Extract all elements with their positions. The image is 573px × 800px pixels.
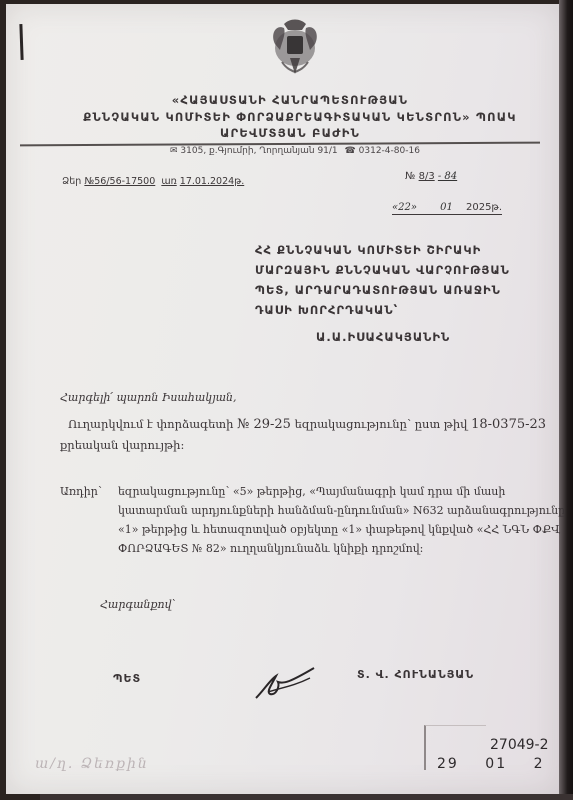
page-edge-shadow <box>559 0 573 800</box>
date-day: «22» <box>392 202 417 213</box>
addressee-line1: ՀՀ ՔՆՆՉԱԿԱՆ ԿՈՄԻՏԵԻ ՇԻՐԱԿԻ <box>255 240 510 260</box>
addressee-line3: ՊԵՏ, ԱՐԴԱՐԱԴԱՏՈՒԹՅԱՆ ԱՌԱՋԻՆ <box>255 280 510 300</box>
expert-report-number: № 29-25 <box>237 417 291 432</box>
date-month: 01 <box>440 202 453 213</box>
registration-number: 27049-2 <box>490 737 549 753</box>
body-text-start: Ուղարկվում է փորձագետի <box>68 417 237 431</box>
body-text-end: քրեական վարույթի: <box>60 438 184 452</box>
contact-info: ✉ 3105, ք.Գյումրի, Ղորղանյան 91/1 ☎ 0312… <box>170 146 420 156</box>
org-name-line3: ԱՐԵՎՄՏՅԱՆ ԲԱԺԻՆ <box>70 125 510 142</box>
incoming-reference: Ձեր №56/56-17500 առ 17.01.2024թ. <box>62 176 244 187</box>
registration-month: 01 <box>485 756 507 772</box>
addressee-line4: ԴԱՍԻ ԽՈՐՀՐԴԱԿԱՆ՝ <box>255 300 510 320</box>
salutation: Հարգելի՛ պարոն Իսահակյան, <box>60 391 237 404</box>
case-number: 18-0375-23 <box>471 417 546 432</box>
incoming-prefix: Ձեր <box>62 176 81 187</box>
phone-icon: ☎ <box>345 146 356 156</box>
outgoing-prefix: № <box>405 171 415 182</box>
phone-number: 0312-4-80-16 <box>359 146 420 156</box>
incoming-number: №56/56-17500 <box>84 176 155 187</box>
closing: Հարգանքով՝ <box>100 598 176 611</box>
page-bottom-shadow <box>40 794 573 800</box>
outgoing-number: № 8/3 - 84 <box>405 171 457 182</box>
addressee-block: ՀՀ ՔՆՆՉԱԿԱՆ ԿՈՄԻՏԵԻ ՇԻՐԱԿԻ ՄԱՐԶԱՅԻՆ ՔՆՆՉ… <box>255 240 510 320</box>
signatory-title: ՊԵՏ <box>113 672 141 685</box>
attachment-text: եզրակացությունը՝ «5» թերթից, «Պայմանագրի… <box>118 482 568 558</box>
address: 3105, ք.Գյումրի, Ղորղանյան 91/1 <box>180 146 337 156</box>
incoming-from-word: առ <box>161 176 176 187</box>
org-name-line1: «ՀԱՅԱՍՏԱՆԻ ՀԱՆՐԱՊԵՏՈՒԹՅԱՆ <box>70 92 510 109</box>
armenia-coat-of-arms-icon <box>262 14 328 78</box>
registration-day: 29 <box>437 756 459 772</box>
addressee-name: Ա.Ա.ԻՍԱՀԱԿՅԱՆԻՆ <box>316 330 450 344</box>
outgoing-number-handwritten: - 84 <box>438 171 457 182</box>
handwritten-signature-icon <box>250 662 320 702</box>
registration-year: 2 <box>534 756 545 772</box>
pencil-note: ա/ղ. Ձեռքին <box>35 756 149 772</box>
body-text-mid: եզրակացությունը՝ ըստ թիվ <box>291 417 471 431</box>
attachment-label: Առդիր՝ <box>60 482 102 501</box>
org-name-line2: ՔՆՆՉԱԿԱՆ ԿՈՄԻՏԵԻ ՓՈՐՁԱՔՐԵԱԳԻՏԱԿԱՆ ԿԵՆՏՐՈ… <box>80 109 520 126</box>
signatory-name: Տ. Վ. ՀՈՒՆԱՆՅԱՆ <box>357 668 474 681</box>
registration-date: 29 01 2 <box>437 756 544 772</box>
outgoing-date: «22» 01 2025թ. <box>392 202 502 215</box>
addressee-line2: ՄԱՐԶԱՅԻՆ ՔՆՆՉԱԿԱՆ ՎԱՐՉՈՒԹՅԱՆ <box>255 260 510 280</box>
body-paragraph: Ուղարկվում է փորձագետի № 29-25 եզրակացու… <box>60 414 565 455</box>
incoming-date: 17.01.2024թ. <box>180 176 244 187</box>
outgoing-number-value: 8/3 <box>419 171 435 182</box>
date-year: 2025թ. <box>466 202 502 213</box>
envelope-icon: ✉ <box>170 146 178 156</box>
